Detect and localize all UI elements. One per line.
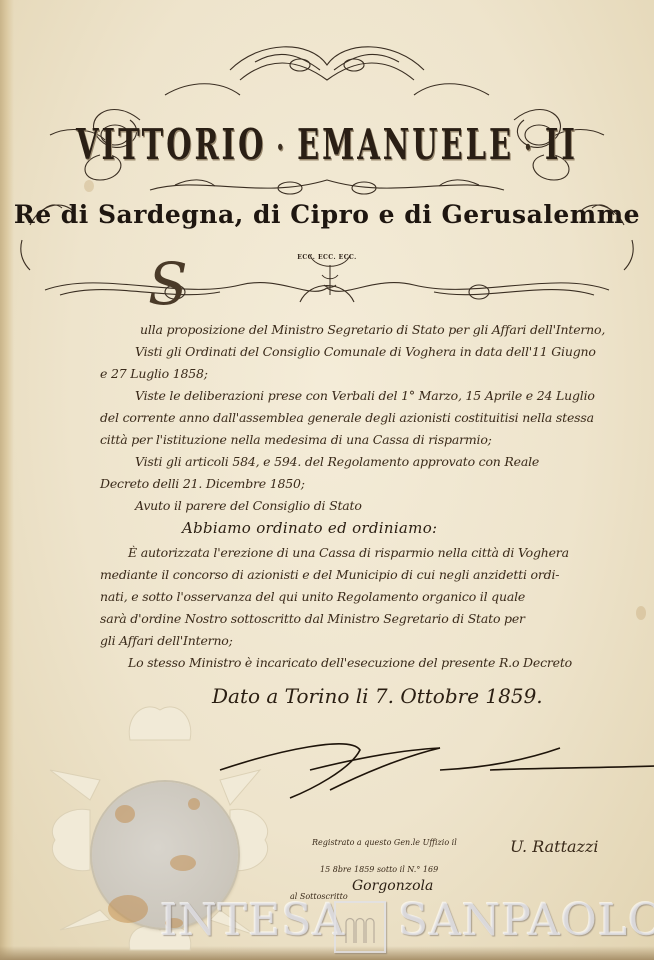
body-line: Visti gli Ordinati del Consiglio Comunal…: [135, 344, 596, 359]
king-name: VITTORIO•EMANUELE•II: [0, 120, 654, 169]
body-line: Avuto il parere del Consiglio di Stato: [135, 498, 362, 513]
decorative-initial: S: [148, 250, 188, 318]
pendant-flourish-icon: [300, 250, 360, 300]
bank-logo-icon: [334, 901, 386, 953]
royal-titles: Re di Sardegna, di Cipro e di Gerusalemm…: [0, 200, 654, 229]
body-line: del corrente anno dall'assemblea general…: [100, 410, 594, 425]
body-line: città per l'istituzione nella medesima d…: [100, 432, 492, 447]
decree-line: È autorizzata l'erezione di una Cassa di…: [128, 545, 569, 560]
body-line: e 27 Luglio 1858;: [100, 366, 208, 381]
body-line: Decreto delli 21. Dicembre 1850;: [100, 476, 305, 491]
decree-line: mediante il concorso di azionisti e del …: [100, 567, 559, 582]
decree-line: gli Affari dell'Interno;: [100, 633, 233, 648]
decree-line: nati, e sotto l'osservanza del qui unito…: [100, 589, 525, 604]
body-line: Viste le deliberazioni prese con Verbali…: [135, 388, 595, 403]
seal-stain: [170, 855, 196, 871]
king-regnal-number: II: [545, 120, 578, 169]
intesa-sanpaolo-watermark: INTESA SANPAOLO: [0, 895, 654, 955]
watermark-right: SANPAOLO: [398, 895, 654, 946]
separator-dot: •: [514, 137, 545, 157]
body-line: Visti gli articoli 584, e 594. del Regol…: [135, 454, 539, 469]
king-name-first: VITTORIO: [76, 120, 266, 169]
decree-header: VITTORIO•EMANUELE•II Re di Sardegna, di …: [0, 40, 654, 250]
seal-stain: [188, 798, 200, 810]
registration-line: 15 8bre 1859 sotto il N.° 169: [320, 865, 438, 874]
body-line: ulla proposizione del Ministro Segretari…: [140, 322, 605, 337]
registrar-signature: Gorgonzola: [352, 878, 433, 894]
paper-stain: [636, 606, 646, 620]
separator-dot: •: [266, 137, 297, 157]
watermark-left: INTESA: [160, 895, 345, 946]
king-name-second: EMANUELE: [297, 120, 514, 169]
decree-line: Lo stesso Ministro è incaricato dell'ese…: [128, 655, 572, 670]
registration-line: Registrato a questo Gen.le Uffizio il: [312, 838, 457, 847]
seal-stain: [115, 805, 135, 823]
minister-countersignature: U. Rattazzi: [510, 837, 599, 856]
decree-line: sarà d'ordine Nostro sottoscritto dal Mi…: [100, 611, 525, 626]
decree-heading: Abbiamo ordinato ed ordiniamo:: [182, 519, 437, 537]
